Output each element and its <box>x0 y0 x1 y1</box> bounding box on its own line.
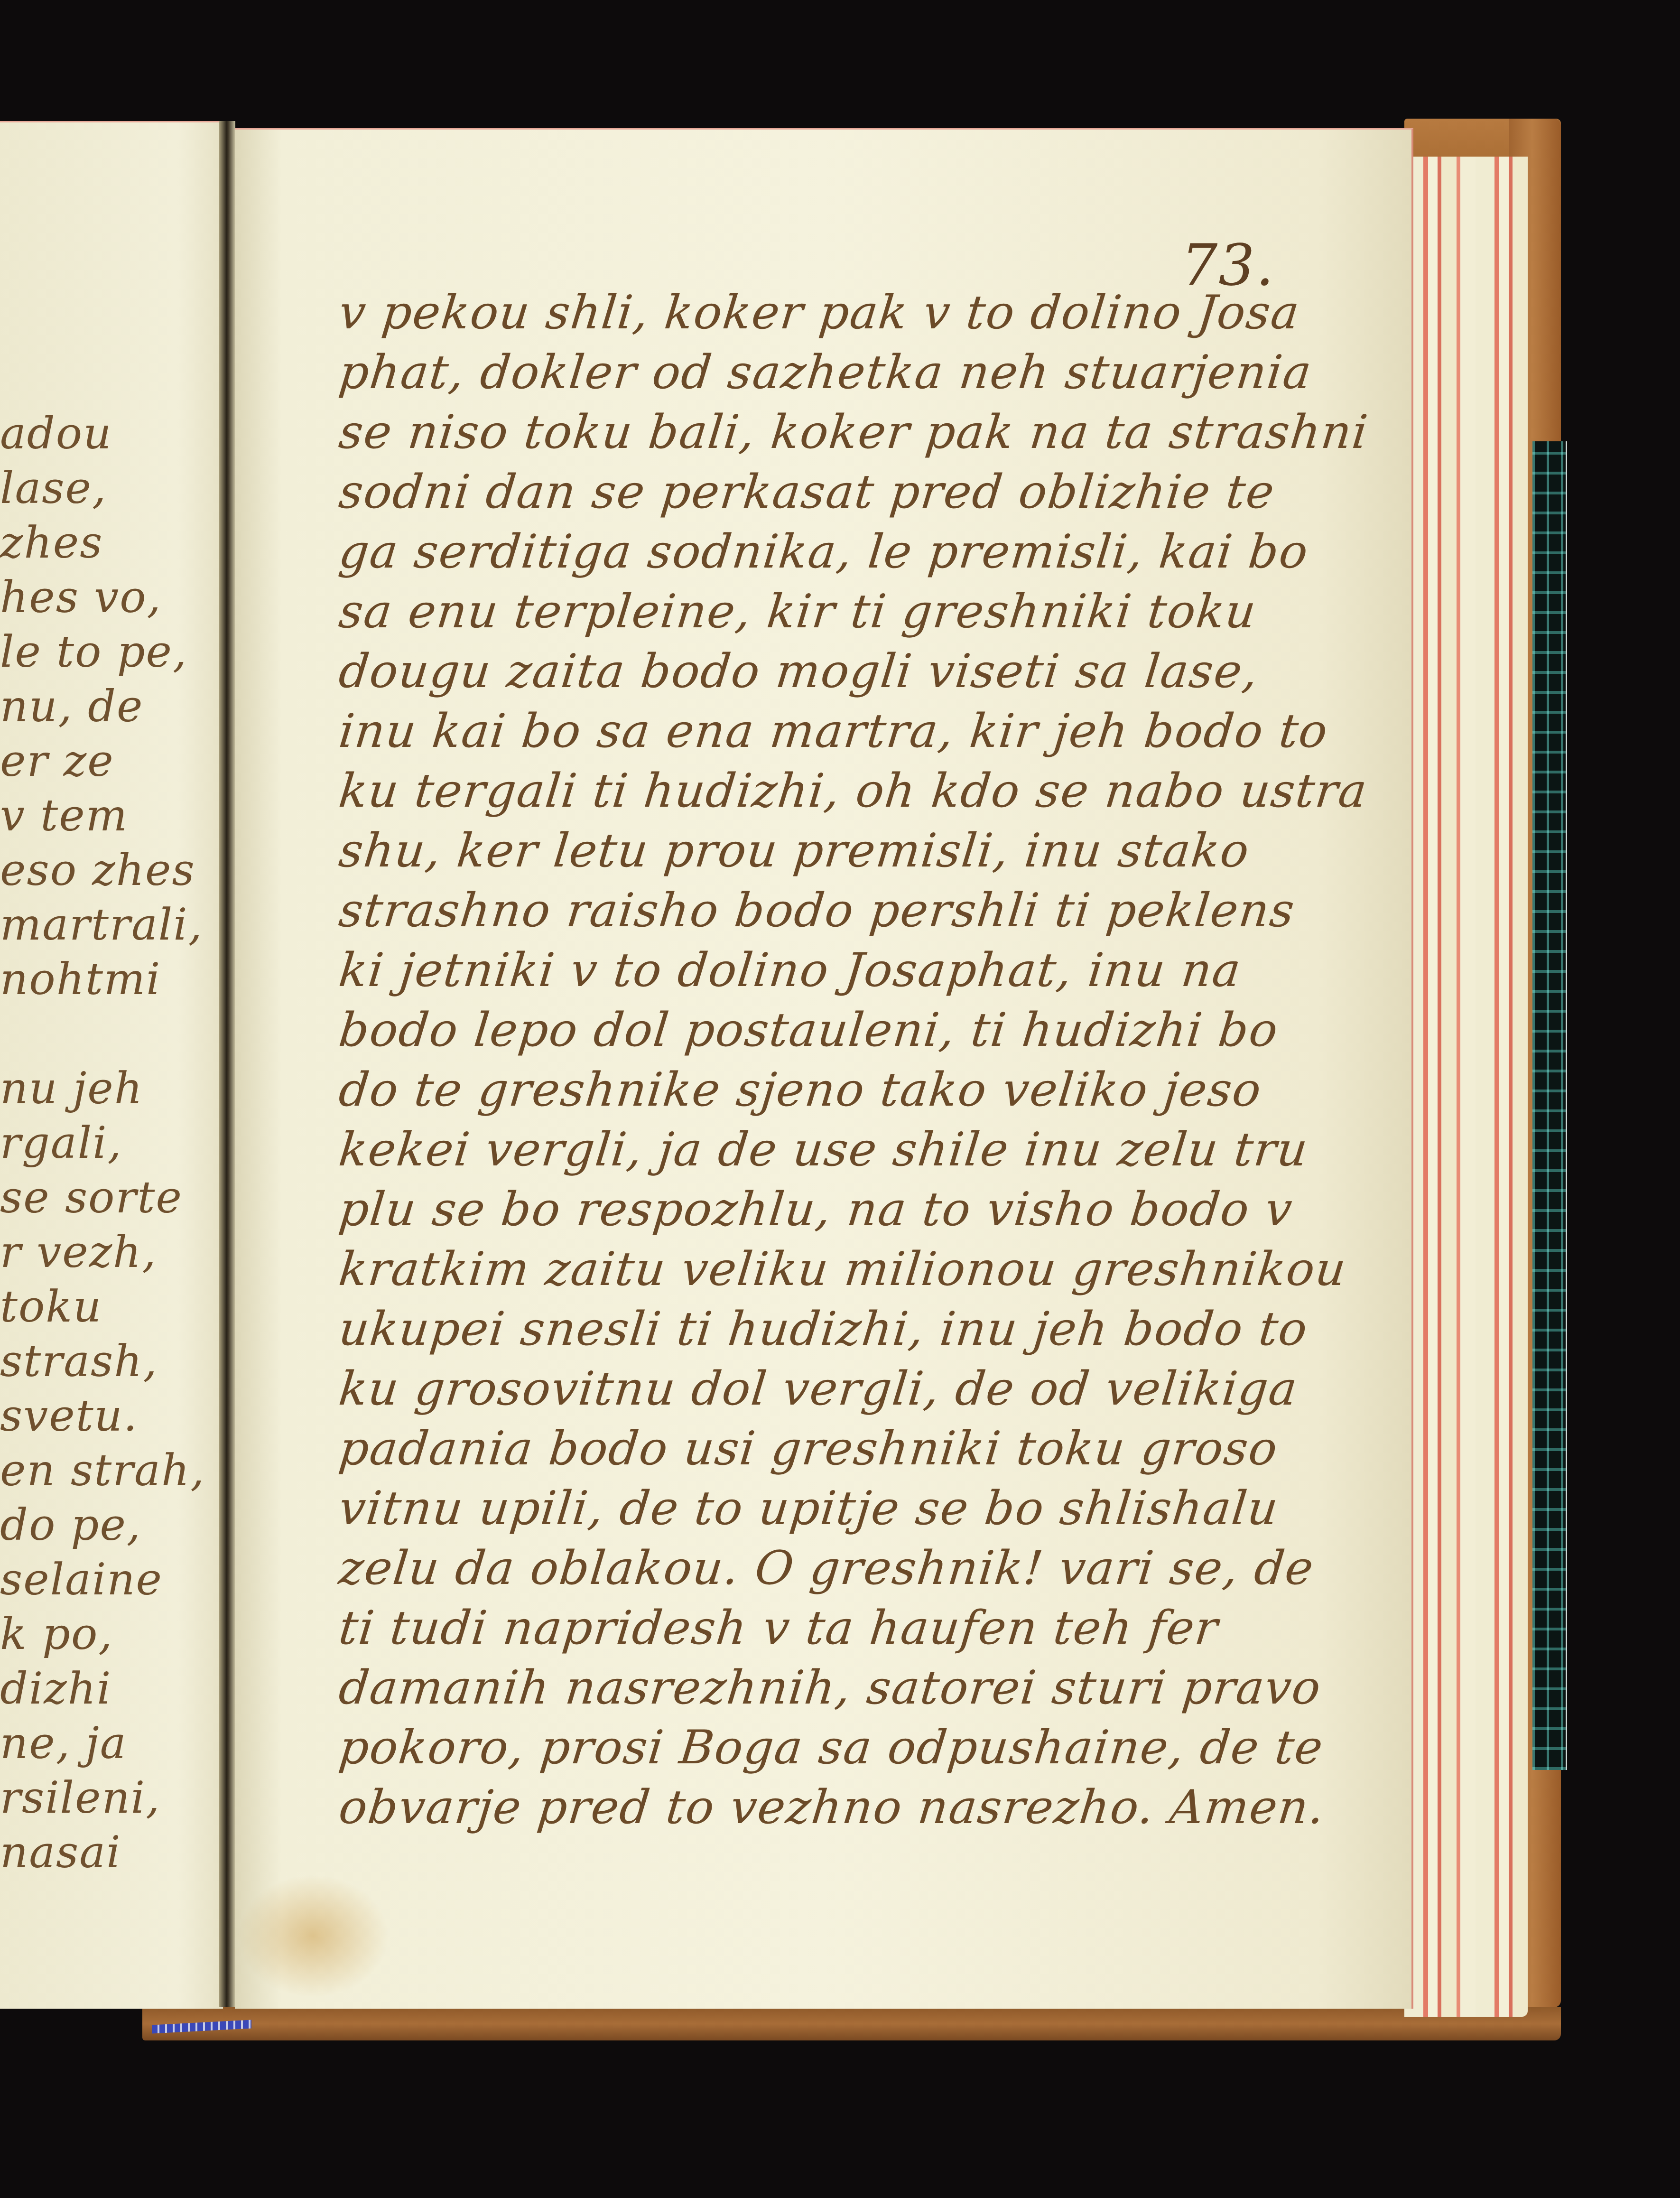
text-line: zelu da oblakou. O greshnik! vari se, de <box>337 1545 1316 1592</box>
text-line: obvarje pred to vezhno nasrezho. Amen. <box>337 1784 1327 1831</box>
left-line: strash, <box>0 1340 158 1383</box>
left-line: adou <box>0 412 112 456</box>
text-line: pokoro, prosi Boga sa odpushaine, de te <box>337 1724 1326 1771</box>
text-line: sodni dan se perkasat pred oblizhie te <box>337 469 1277 515</box>
text-line: vitnu upili, de to upitje se bo shlishal… <box>337 1485 1281 1532</box>
book-gutter <box>219 121 235 2007</box>
left-line: eso zhes <box>0 848 195 892</box>
text-line: damanih nasrezhnih, satorei sturi pravo <box>337 1665 1324 1711</box>
foxing-stain <box>237 1874 389 1998</box>
text-line: inu kai bo sa ena martra, kir jeh bodo t… <box>337 708 1330 754</box>
text-line: do te greshnike sjeno tako veliko jeso <box>337 1067 1264 1113</box>
left-line: nohtmi <box>0 958 161 1001</box>
left-line: ne, ja <box>0 1722 127 1765</box>
text-line: shu, ker letu prou premisli, inu stako <box>337 828 1252 874</box>
left-line: dizhi <box>0 1667 111 1711</box>
text-line: kratkim zaitu veliku milionou greshnikou <box>337 1246 1349 1293</box>
text-line: ku tergali ti hudizhi, oh kdo se nabo us… <box>337 768 1370 814</box>
text-line: ti tudi napridesh v ta haufen teh fer <box>337 1605 1221 1651</box>
left-line: nu jeh <box>0 1067 143 1110</box>
text-line: bodo lepo dol postauleni, ti hudizhi bo <box>337 1007 1281 1053</box>
left-line: le to pe, <box>0 630 187 674</box>
text-line: ukupei snesli ti hudizhi, inu jeh bodo t… <box>337 1306 1310 1352</box>
text-line: sa enu terpleine, kir ti greshniki toku <box>337 588 1259 635</box>
left-line: martrali, <box>0 903 203 947</box>
left-line: er ze <box>0 739 114 783</box>
left-line: toku <box>0 1285 102 1329</box>
left-line: nasai <box>0 1831 121 1874</box>
text-line: phat, dokler od sazhetka neh stuarjenia <box>337 349 1314 396</box>
text-line: ku grosovitnu dol vergli, de od velikiga <box>337 1366 1300 1412</box>
left-line: svetu. <box>0 1394 138 1438</box>
left-line: hes vo, <box>0 576 162 619</box>
left-line: zhes <box>0 521 103 565</box>
text-line: kekei vergli, ja de use shile inu zelu t… <box>337 1127 1310 1173</box>
text-line: padania bodo usi greshniki toku groso <box>337 1425 1280 1472</box>
leather-cover-bottom <box>142 2007 1561 2040</box>
text-line: ga serditiga sodnika, le premisli, kai b… <box>337 529 1311 575</box>
marbled-endpaper <box>1532 441 1567 1770</box>
text-line: plu se bo respozhlu, na to visho bodo v <box>337 1186 1295 1233</box>
left-line: r vezh, <box>0 1230 157 1274</box>
text-line: se niso toku bali, koker pak na ta stras… <box>337 409 1371 456</box>
left-page: adou lase, zhes hes vo, le to pe, nu, de… <box>0 121 223 2009</box>
page-edges-stack <box>1404 157 1528 2017</box>
text-line: dougu zaita bodo mogli viseti sa lase, <box>337 648 1261 695</box>
left-line: lase, <box>0 466 107 510</box>
left-line: do pe, <box>0 1503 141 1547</box>
text-line: ki jetniki v to dolino Josaphat, inu na <box>337 947 1244 994</box>
left-line: rsileni, <box>0 1776 160 1820</box>
left-line: selaine <box>0 1558 163 1602</box>
left-line: rgali, <box>0 1121 122 1165</box>
left-line: k po, <box>0 1612 113 1656</box>
left-line: v tem <box>0 794 128 838</box>
left-line: en strah, <box>0 1449 205 1492</box>
left-line: se sorte <box>0 1176 183 1220</box>
text-line: strashno raisho bodo pershli ti peklens <box>337 887 1297 934</box>
left-line: nu, de <box>0 685 143 728</box>
text-line: v pekou shli, koker pak v to dolino Josa <box>337 289 1302 336</box>
